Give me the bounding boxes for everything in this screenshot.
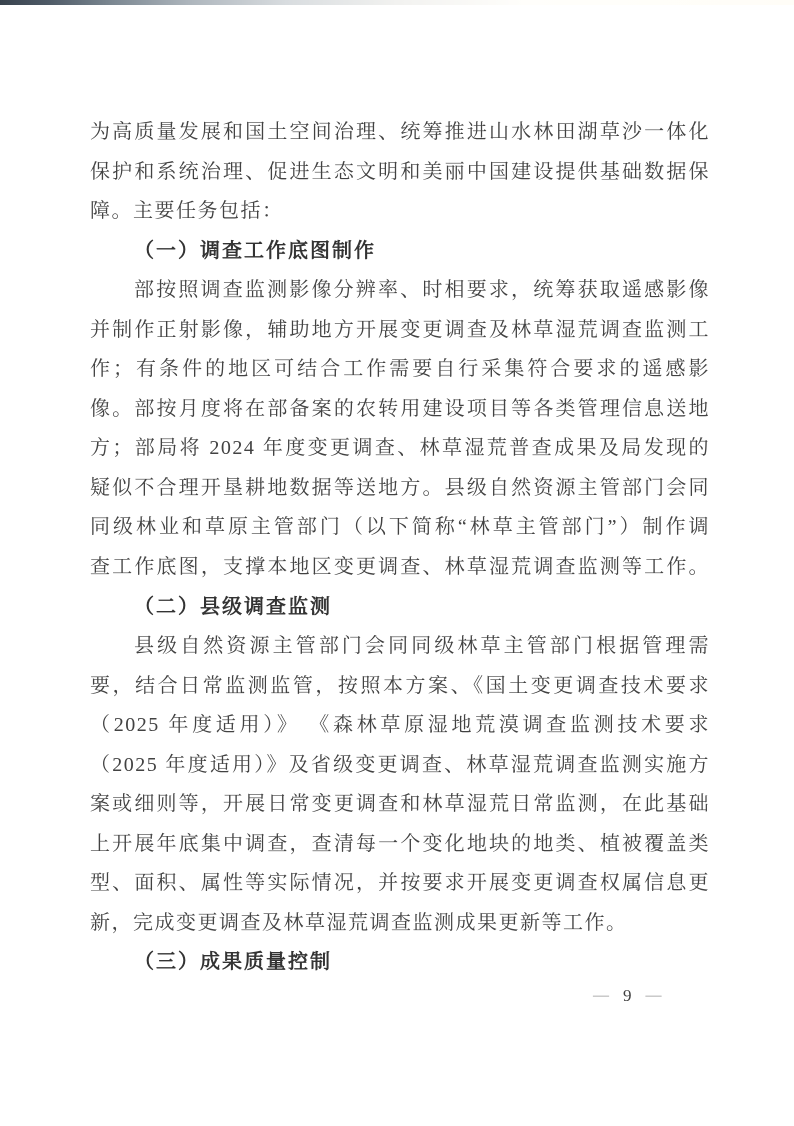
body-line: 同级林业和草原主管部门（以下简称“林草主管部门”）制作调	[90, 508, 710, 548]
footer-dash-left: —	[593, 987, 609, 1005]
section-heading-1: （一）调查工作底图制作	[90, 232, 710, 272]
body-line: 新，完成变更调查及林草湿荒调查监测成果更新等工作。	[90, 904, 710, 944]
section-heading-3: （三）成果质量控制	[90, 943, 710, 983]
page-number: 9	[623, 986, 632, 1006]
body-line: 部按照调查监测影像分辨率、时相要求，统筹获取遥感影像	[90, 271, 710, 311]
body-line: 像。部按月度将在部备案的农转用建设项目等各类管理信息送地	[90, 390, 710, 430]
text-column: 为高质量发展和国土空间治理、统筹推进山水林田湖草沙一体化 保护和系统治理、促进生…	[90, 113, 710, 983]
page-footer: — 9 —	[593, 986, 662, 1006]
body-line: 作；有条件的地区可结合工作需要自行采集符合要求的遥感影	[90, 350, 710, 390]
body-line: 障。主要任务包括：	[90, 192, 710, 232]
body-line: 查工作底图，支撑本地区变更调查、林草湿荒调查监测等工作。	[90, 548, 710, 588]
body-line: 疑似不合理开垦耕地数据等送地方。县级自然资源主管部门会同	[90, 469, 710, 509]
body-line: 上开展年底集中调查，查清每一个变化地块的地类、植被覆盖类	[90, 825, 710, 865]
body-line: 为高质量发展和国土空间治理、统筹推进山水林田湖草沙一体化	[90, 113, 710, 153]
body-line: 方；部局将 2024 年度变更调查、林草湿荒普查成果及局发现的	[90, 429, 710, 469]
body-line: 保护和系统治理、促进生态文明和美丽中国建设提供基础数据保	[90, 153, 710, 193]
body-line: 并制作正射影像，辅助地方开展变更调查及林草湿荒调查监测工	[90, 311, 710, 351]
body-line: 县级自然资源主管部门会同同级林草主管部门根据管理需	[90, 627, 710, 667]
body-line: 要，结合日常监测监管，按照本方案、《国土变更调查技术要求	[90, 667, 710, 707]
body-line: 型、面积、属性等实际情况，并按要求开展变更调查权属信息更	[90, 864, 710, 904]
scan-artifact-top-edge	[0, 0, 794, 5]
footer-dash-right: —	[646, 987, 662, 1005]
body-line: 案或细则等，开展日常变更调查和林草湿荒日常监测，在此基础	[90, 785, 710, 825]
document-page: 为高质量发展和国土空间治理、统筹推进山水林田湖草沙一体化 保护和系统治理、促进生…	[0, 0, 794, 1126]
section-heading-2: （二）县级调查监测	[90, 588, 710, 628]
body-line: （2025 年度适用）》 《森林草原湿地荒漠调查监测技术要求	[90, 706, 710, 746]
body-line: （2025 年度适用）》及省级变更调查、林草湿荒调查监测实施方	[90, 746, 710, 786]
